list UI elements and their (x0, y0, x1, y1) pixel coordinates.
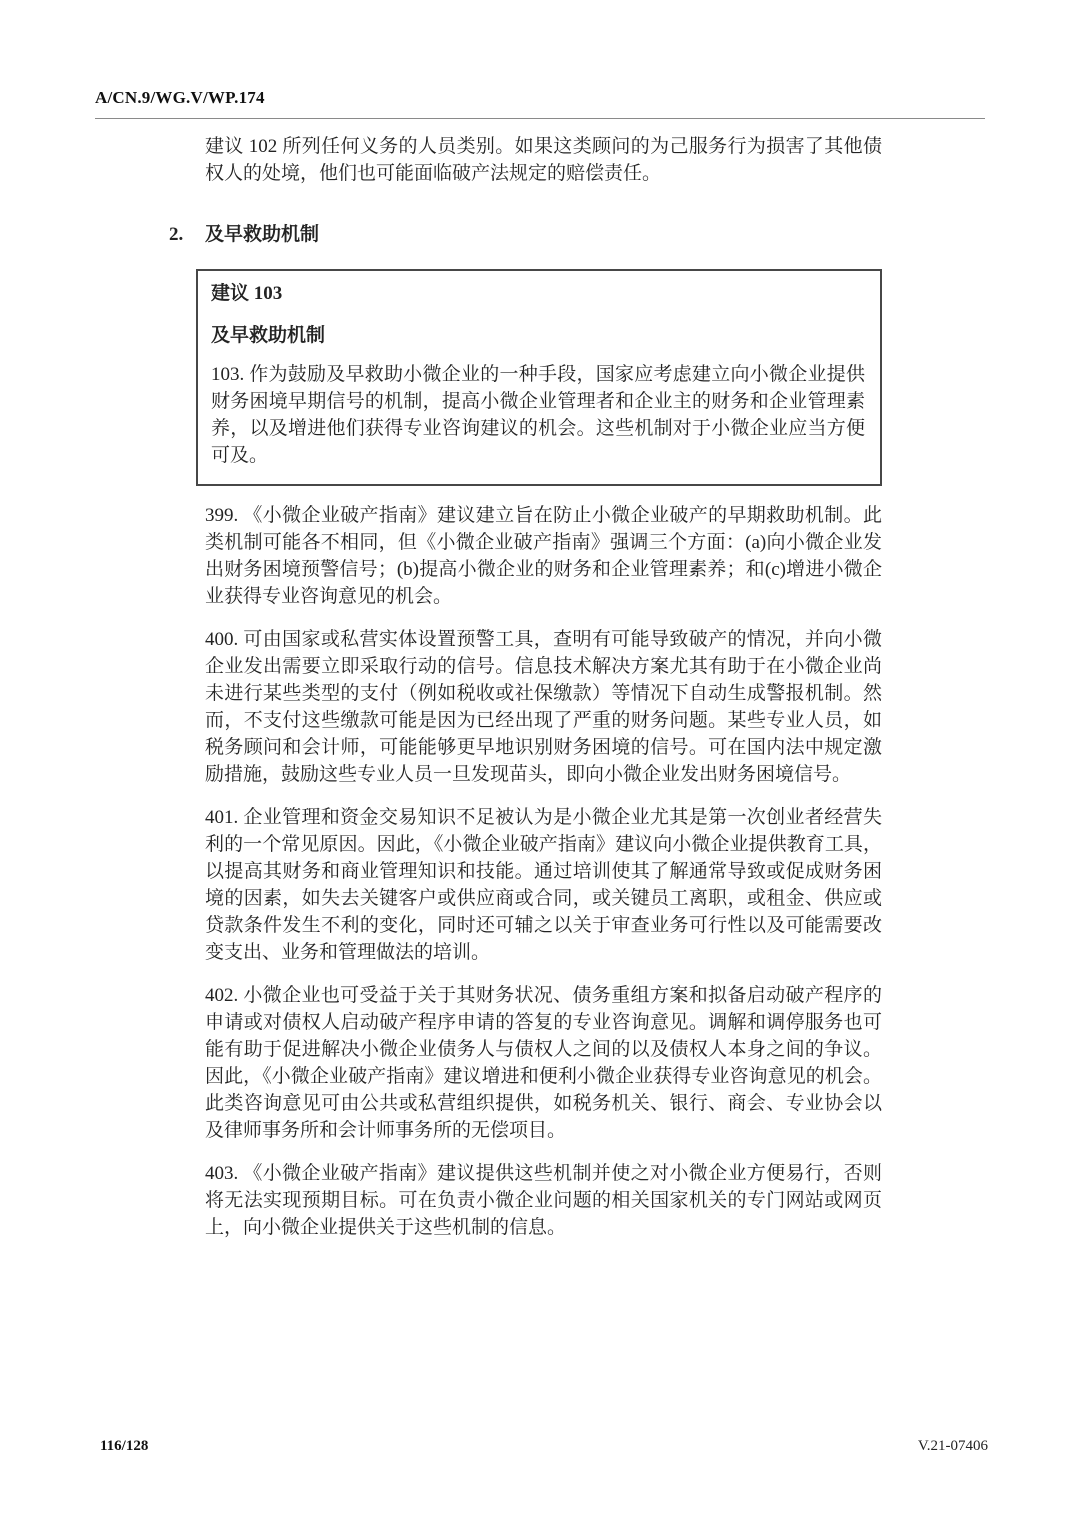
recommendation-box-text: 103. 作为鼓励及早救助小微企业的一种手段，国家应考虑建立向小微企业提供财务困… (211, 361, 865, 469)
recommendation-box: 建议 103 及早救助机制 103. 作为鼓励及早救助小微企业的一种手段，国家应… (196, 269, 882, 486)
document-page: A/CN.9/WG.V/WP.174 建议 102 所列任何义务的人员类别。如果… (0, 0, 1080, 1526)
paragraph-399: 399. 《小微企业破产指南》建议建立旨在防止小微企业破产的早期救助机制。此类机… (205, 502, 882, 610)
paragraph-400: 400. 可由国家或私营实体设置预警工具，查明有可能导致破产的情况，并向小微企业… (205, 626, 882, 788)
paragraph-401: 401. 企业管理和资金交易知识不足被认为是小微企业尤其是第一次创业者经营失利的… (205, 804, 882, 966)
section-number: 2. (169, 221, 183, 248)
paragraph-403: 403. 《小微企业破产指南》建议提供这些机制并使之对小微企业方便易行，否则将无… (205, 1160, 882, 1241)
section-heading: 2. 及早救助机制 (205, 221, 882, 248)
section-title: 及早救助机制 (205, 224, 319, 245)
document-content: 建议 102 所列任何义务的人员类别。如果这类顾问的为己服务行为损害了其他债权人… (205, 133, 882, 1241)
recommendation-box-title: 建议 103 (211, 280, 865, 307)
footer-page-number: 116/128 (100, 1438, 148, 1455)
footer-job-number: V.21-07406 (918, 1438, 988, 1455)
document-symbol: A/CN.9/WG.V/WP.174 (95, 88, 265, 108)
header-divider (95, 118, 985, 119)
paragraph-402: 402. 小微企业也可受益于关于其财务状况、债务重组方案和拟备启动破产程序的申请… (205, 982, 882, 1144)
recommendation-box-subtitle: 及早救助机制 (211, 322, 865, 349)
intro-paragraph: 建议 102 所列任何义务的人员类别。如果这类顾问的为己服务行为损害了其他债权人… (205, 133, 882, 187)
